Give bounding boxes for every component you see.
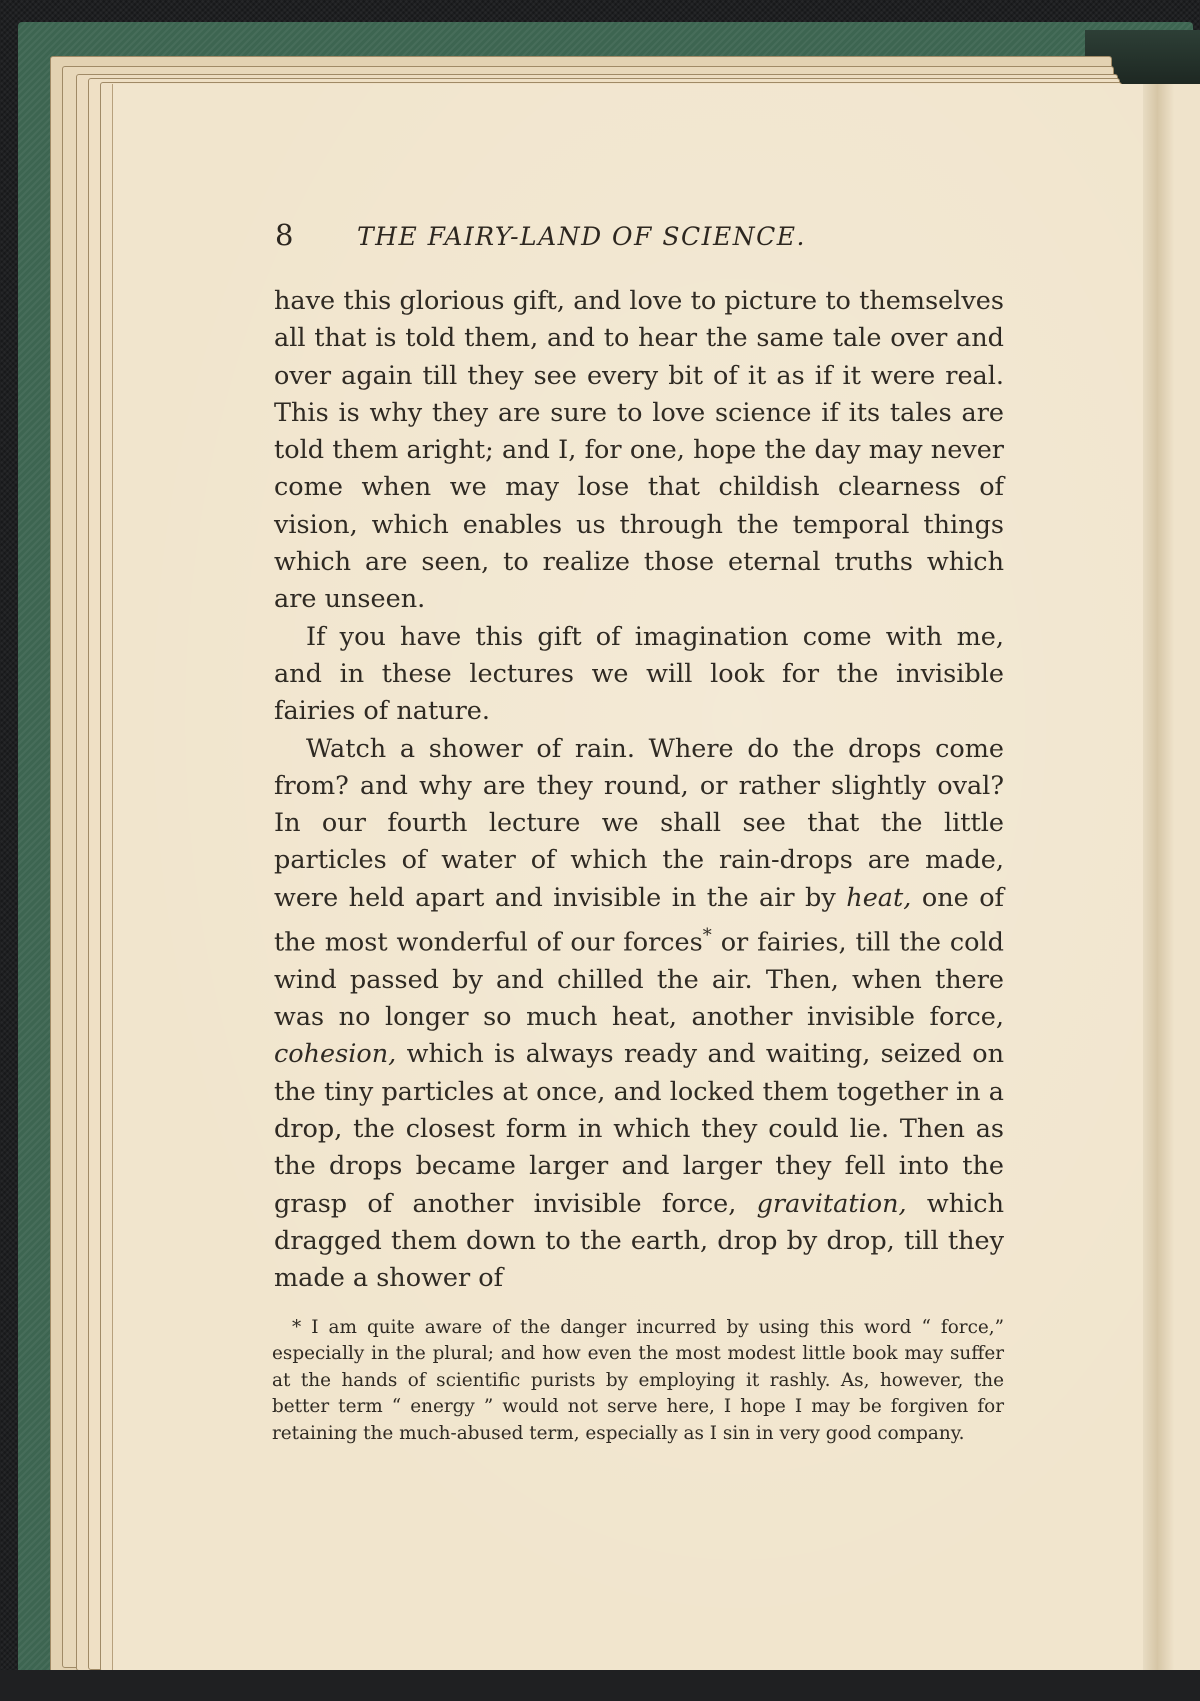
paragraph-1: have this glorious gift, and love to pic… [274,283,1004,619]
footnote: * I am quite aware of the danger incurre… [272,1315,1004,1447]
page-gutter [1143,84,1200,1670]
term-gravitation: gravitation, [757,1189,907,1219]
footnote-asterisk: * [292,1317,301,1338]
footnote-text: I am quite aware of the danger incurred … [272,1317,1004,1444]
footnote-marker[interactable]: * [703,925,712,946]
term-heat: heat, [846,883,911,913]
background-cloth [0,1670,1200,1701]
page-number: 8 [275,218,293,252]
term-cohesion: cohesion, [274,1039,396,1069]
body-text: have this glorious gift, and love to pic… [274,283,1004,1298]
running-header: 8 THE FAIRY-LAND OF SCIENCE. [275,218,995,258]
running-title: THE FAIRY-LAND OF SCIENCE. [357,222,806,251]
paragraph-3: Watch a shower of rain. Where do the dro… [274,731,1004,1298]
footnote-paragraph: * I am quite aware of the danger incurre… [272,1315,1004,1447]
paragraph-2: If you have this gift of imagination com… [274,619,1004,731]
